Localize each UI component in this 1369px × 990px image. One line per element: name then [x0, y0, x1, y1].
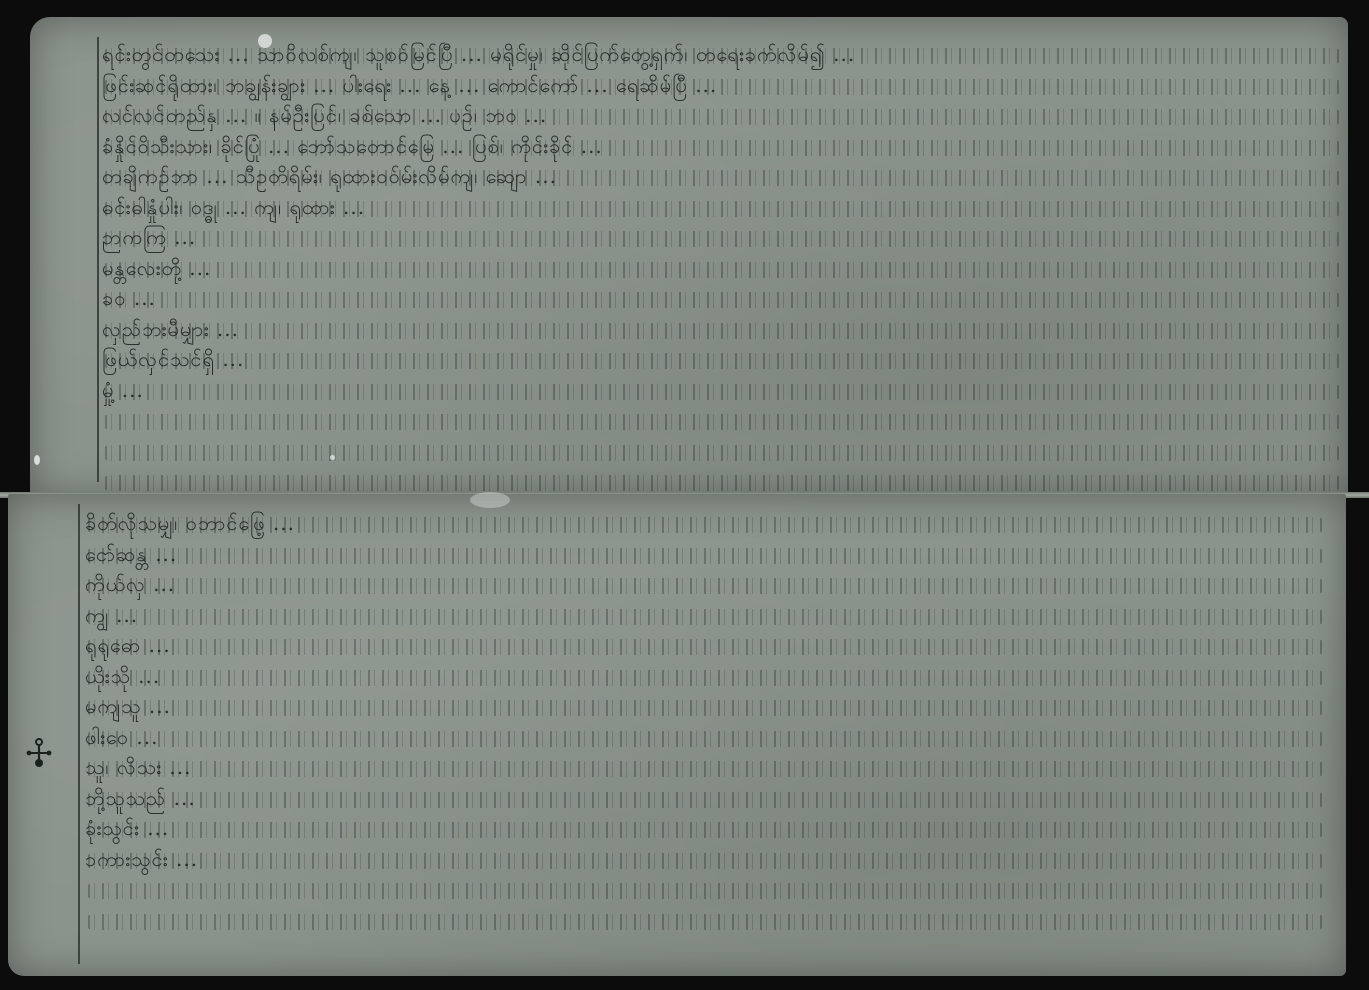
script-stroke: [85, 639, 1325, 655]
manuscript-line-text: တချိကဉ်ဘာ ... သီဥတိရိမ်း၊ ရုထားဝဝ်မ်းလိမ…: [102, 163, 557, 193]
manuscript-line: မန္တလေးတို့ ...: [102, 251, 1342, 282]
manuscript-line: ၁ကားသွင်း ...: [85, 842, 1325, 873]
script-stroke: [102, 384, 1342, 400]
manuscript-line: ခံနှိုင်ဝိသီးသား၊ ခိုင်ပြုံ ... ဘော်သတော…: [102, 129, 1342, 160]
script-stroke: [85, 731, 1325, 747]
manuscript-line: [102, 464, 1342, 495]
manuscript-line: [102, 403, 1342, 434]
text-block-bottom: ခိတ်လိုသမျှ၊ ဝဘာင်ဖြေ့ ... ငော်ဆန္တ ... …: [85, 506, 1325, 933]
manuscript-line: လင်လင်တည်နှ ... ။ နမ်ဦးပြင်၊ ခစ်သော ... …: [102, 98, 1342, 129]
script-stroke: [85, 914, 1325, 930]
script-stroke: [85, 822, 1325, 838]
manuscript-line-text: ၁ကားသွင်း ...: [85, 846, 198, 876]
manuscript-leaf-top: ရင်းတွင်တသေး ... သာဝိလစ်ကျ၊ သူစဝ်မြင်ပြီ…: [30, 17, 1348, 497]
manuscript-line: ခဝ ...: [102, 281, 1342, 312]
manuscript-line: ရုရုဓော ...: [85, 628, 1325, 659]
manuscript-line: ကျွ ...: [85, 598, 1325, 629]
script-stroke: [102, 353, 1342, 369]
script-stroke: [85, 853, 1325, 869]
manuscript-line-text: လင်လင်တည်နှ ... ။ နမ်ဦးပြင်၊ ခစ်သော ... …: [102, 102, 547, 132]
manuscript-line-text: ခံနှိုင်ဝိသီးသား၊ ခိုင်ပြုံ ... ဘော်သတော…: [102, 133, 603, 163]
script-stroke: [102, 292, 1342, 308]
manuscript-line: [102, 434, 1342, 465]
manuscript-line-text: လှည်ဘးမီမျှား ...: [102, 316, 239, 346]
manuscript-line: ဖြယ်လှင်သင်ရှိ ...: [102, 342, 1342, 373]
script-stroke: [102, 323, 1342, 339]
damage-speck: [470, 492, 510, 508]
damage-speck: [258, 34, 272, 48]
manuscript-line-text: ကိုယ်လှ ...: [85, 571, 175, 601]
text-block-top: ရင်းတွင်တသေး ... သာဝိလစ်ကျ၊ သူစဝ်မြင်ပြီ…: [102, 37, 1342, 495]
cross-margin-icon: [26, 738, 52, 768]
manuscript-line: ခုံးသွင်း ...: [85, 811, 1325, 842]
margin-rule-top: [97, 37, 99, 482]
manuscript-line: ငော်ဆန္တ ...: [85, 537, 1325, 568]
manuscript-line: ကိုယ်လှ ...: [85, 567, 1325, 598]
manuscript-line-text: ဓင်းဓါနှုံပါး၊ ဝဒ္ဓု ... ကျ၊ ရုထား ...: [102, 194, 365, 224]
script-stroke: [85, 700, 1325, 716]
damage-speck: [330, 455, 335, 460]
script-stroke: [102, 475, 1342, 491]
script-stroke: [85, 883, 1325, 899]
manuscript-line: ဉာကကြ ...: [102, 220, 1342, 251]
script-stroke: [102, 414, 1342, 430]
manuscript-line: ဖါးဝေ ...: [85, 720, 1325, 751]
script-stroke: [85, 792, 1325, 808]
manuscript-line: ဘို့သူသည် ...: [85, 781, 1325, 812]
manuscript-line-text: ကျွ ...: [85, 602, 138, 632]
manuscript-line: ဓင်းဓါနှုံပါး၊ ဝဒ္ဓု ... ကျ၊ ရုထား ...: [102, 190, 1342, 221]
script-stroke: [102, 445, 1342, 461]
manuscript-line: သူ၊ လိသး ...: [85, 750, 1325, 781]
manuscript-line-text: မကျသူ ...: [85, 693, 171, 723]
manuscript-line-text: ဖါးဝေ ...: [85, 724, 158, 754]
script-stroke: [85, 548, 1325, 564]
manuscript-line: ယိုးသို ...: [85, 659, 1325, 690]
manuscript-line: [85, 872, 1325, 903]
manuscript-leaf-bottom: ခိတ်လိုသမျှ၊ ဝဘာင်ဖြေ့ ... ငော်ဆန္တ ... …: [8, 494, 1346, 976]
manuscript-line-text: ရုရုဓော ...: [85, 632, 171, 662]
manuscript-line: ဖြင်းဆင်ရိုထား၊ ဘချွန်းချွား ... ပါးရေး …: [102, 68, 1342, 99]
damage-speck: [34, 455, 40, 465]
manuscript-line: တချိကဉ်ဘာ ... သီဥတိရိမ်း၊ ရုထားဝဝ်မ်းလိမ…: [102, 159, 1342, 190]
manuscript-line-text: ခုံးသွင်း ...: [85, 815, 169, 845]
manuscript-line-text: ခဝ ...: [102, 285, 156, 315]
manuscript-line-text: ဖြင်းဆင်ရိုထား၊ ဘချွန်းချွား ... ပါးရေး …: [102, 72, 717, 102]
script-stroke: [85, 761, 1325, 777]
manuscript-line-text: မှုံ့ ...: [102, 377, 144, 407]
manuscript-line-text: ယိုးသို ...: [85, 663, 160, 693]
manuscript-line-text: ဘို့သူသည် ...: [85, 785, 196, 815]
manuscript-line: [85, 903, 1325, 934]
manuscript-line-text: ငော်ဆန္တ ...: [85, 541, 177, 571]
script-stroke: [85, 578, 1325, 594]
manuscript-line-text: သူ၊ လိသး ...: [85, 754, 191, 784]
manuscript-line-text: ဖြယ်လှင်သင်ရှိ ...: [102, 346, 244, 376]
margin-rule-bottom: [78, 504, 80, 964]
script-stroke: [102, 262, 1342, 278]
manuscript-line: မှုံ့ ...: [102, 373, 1342, 404]
manuscript-line-text: မန္တလေးတို့ ...: [102, 255, 211, 285]
manuscript-line: မကျသူ ...: [85, 689, 1325, 720]
script-stroke: [85, 670, 1325, 686]
manuscript-line: ခိတ်လိုသမျှ၊ ဝဘာင်ဖြေ့ ...: [85, 506, 1325, 537]
manuscript-photo: ရင်းတွင်တသေး ... သာဝိလစ်ကျ၊ သူစဝ်မြင်ပြီ…: [0, 0, 1369, 990]
manuscript-line: ရင်းတွင်တသေး ... သာဝိလစ်ကျ၊ သူစဝ်မြင်ပြီ…: [102, 37, 1342, 68]
manuscript-line-text: ခိတ်လိုသမျှ၊ ဝဘာင်ဖြေ့ ...: [85, 510, 295, 540]
manuscript-line-text: ဉာကကြ ...: [102, 224, 196, 254]
script-stroke: [85, 609, 1325, 625]
manuscript-line: လှည်ဘးမီမျှား ...: [102, 312, 1342, 343]
manuscript-line-text: ရင်းတွင်တသေး ... သာဝိလစ်ကျ၊ သူစဝ်မြင်ပြီ…: [102, 41, 855, 71]
script-stroke: [102, 231, 1342, 247]
